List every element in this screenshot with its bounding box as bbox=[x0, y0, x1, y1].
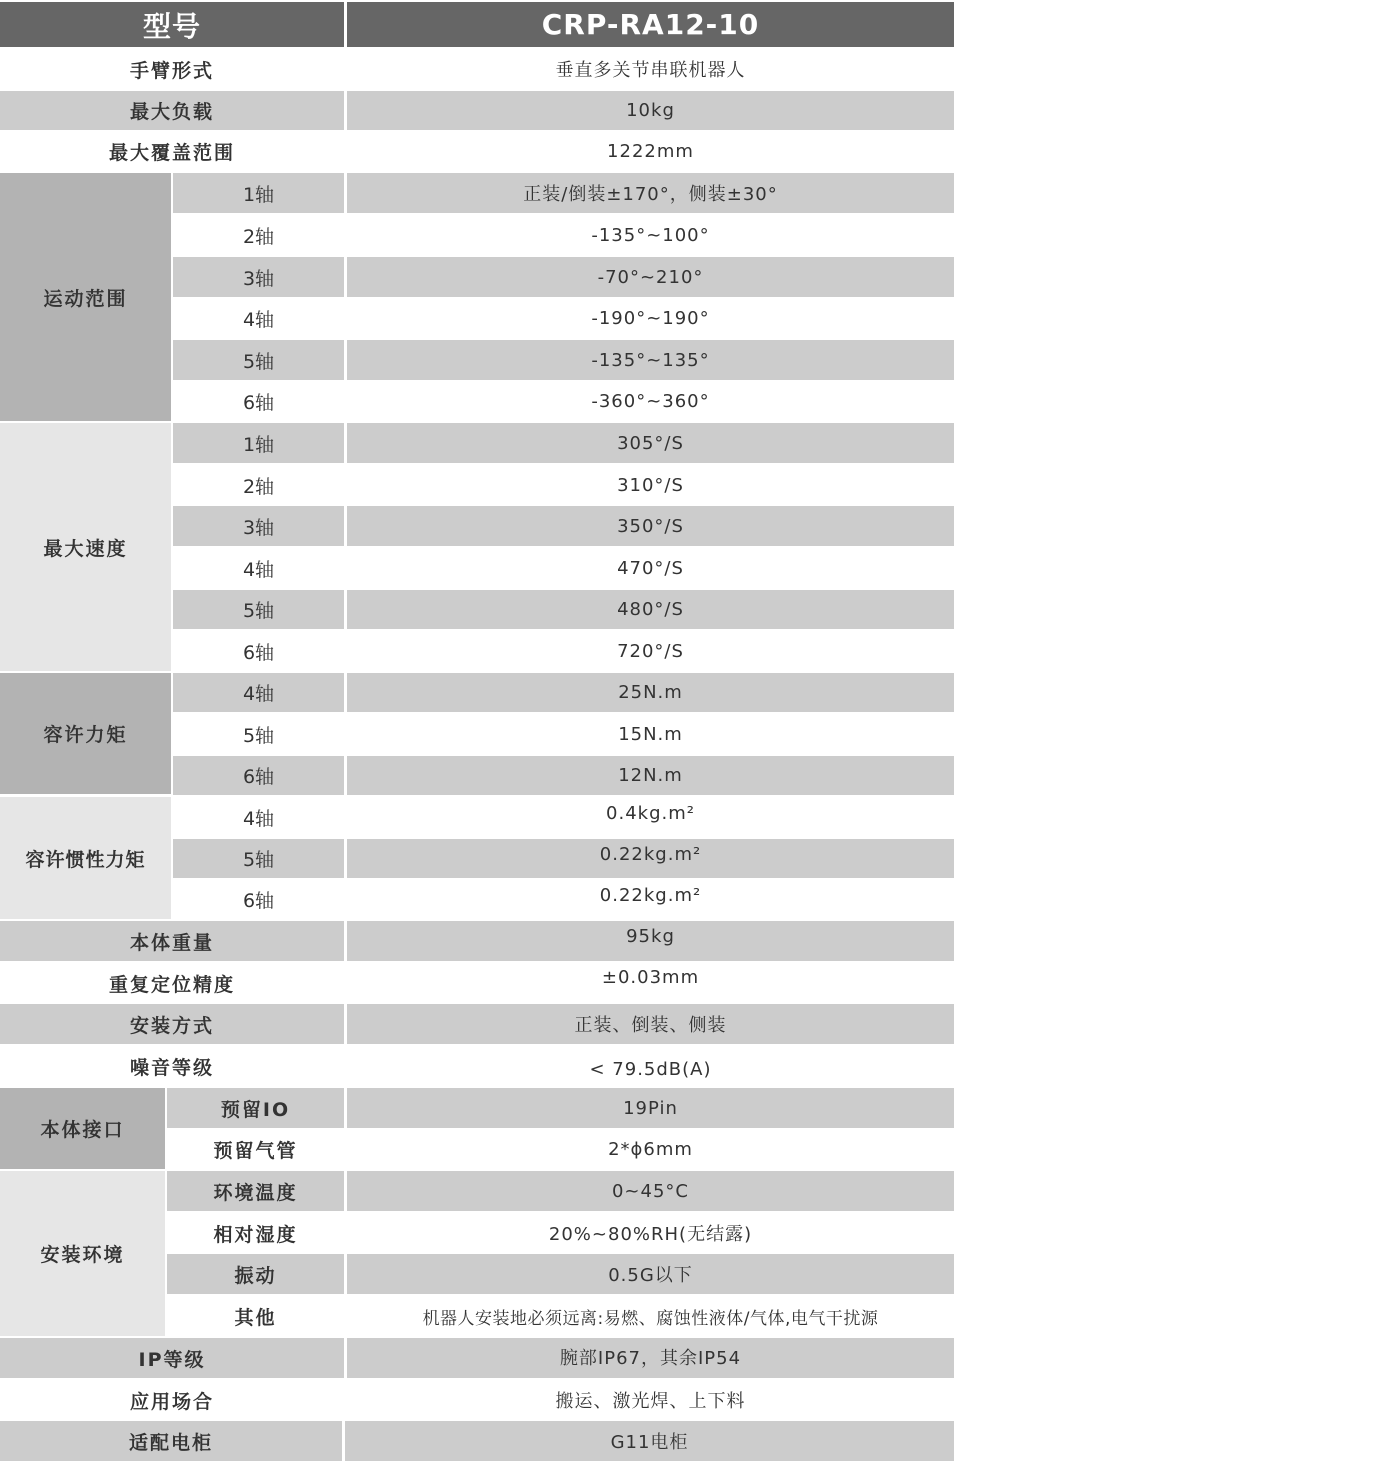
axis-label: 6轴 bbox=[173, 756, 344, 795]
axis-value: 0.22kg.m² bbox=[347, 839, 954, 878]
axis-value: 正装/倒装±170°，侧装±30° bbox=[347, 173, 954, 213]
group-label-allowable-inertia: 容许惯性力矩 bbox=[0, 797, 171, 919]
axis-value: -135°~100° bbox=[347, 215, 954, 255]
axis-label: 2轴 bbox=[173, 215, 344, 255]
axis-value: 350°/S bbox=[347, 506, 954, 546]
sub-value: 0.5G以下 bbox=[347, 1254, 954, 1294]
axis-value: -360°~360° bbox=[347, 381, 954, 421]
axis-label: 3轴 bbox=[173, 257, 344, 297]
header-model: CRP-RA12-10 bbox=[347, 2, 954, 47]
row-label-repeatability: 重复定位精度 bbox=[0, 963, 344, 1003]
sub-value: 20%~80%RH(无结露) bbox=[347, 1213, 954, 1253]
axis-label: 6轴 bbox=[173, 381, 344, 421]
row-value-noise: < 79.5dB(A) bbox=[347, 1046, 954, 1086]
sub-label: 其他 bbox=[167, 1296, 344, 1336]
header-label: 型号 bbox=[0, 2, 344, 47]
axis-value: 0.4kg.m² bbox=[347, 797, 954, 837]
axis-label: 6轴 bbox=[173, 631, 344, 671]
row-label-body-weight: 本体重量 bbox=[0, 921, 344, 961]
axis-value: -70°~210° bbox=[347, 257, 954, 297]
axis-value: 12N.m bbox=[347, 756, 954, 795]
row-value-repeatability: ±0.03mm bbox=[347, 963, 954, 1003]
group-label-body-interface: 本体接口 bbox=[0, 1088, 165, 1169]
row-label-controller: 适配电柜 bbox=[0, 1421, 342, 1461]
axis-label: 5轴 bbox=[173, 340, 344, 380]
sub-value: 19Pin bbox=[347, 1088, 954, 1128]
group-label-allowable-torque: 容许力矩 bbox=[0, 673, 171, 794]
sub-value: 机器人安装地必须远离:易燃、腐蚀性液体/气体,电气干扰源 bbox=[347, 1296, 954, 1336]
axis-label: 5轴 bbox=[173, 590, 344, 629]
axis-value: 25N.m bbox=[347, 673, 954, 712]
row-value-controller: G11电柜 bbox=[345, 1421, 954, 1461]
sub-label: 预留IO bbox=[167, 1088, 344, 1128]
axis-label: 2轴 bbox=[173, 465, 344, 505]
axis-label: 6轴 bbox=[173, 880, 344, 919]
axis-value: 15N.m bbox=[347, 714, 954, 754]
row-label-max-reach: 最大覆盖范围 bbox=[0, 132, 344, 171]
axis-label: 1轴 bbox=[173, 423, 344, 463]
row-value-ip-rating: 腕部IP67，其余IP54 bbox=[347, 1338, 954, 1378]
row-label-noise: 噪音等级 bbox=[0, 1046, 344, 1086]
axis-label: 1轴 bbox=[173, 173, 344, 213]
group-label-install-env: 安装环境 bbox=[0, 1171, 165, 1336]
axis-value: 480°/S bbox=[347, 590, 954, 629]
axis-value: 720°/S bbox=[347, 631, 954, 671]
group-label-max-speed: 最大速度 bbox=[0, 423, 171, 671]
row-value-max-load: 10kg bbox=[347, 91, 954, 130]
sub-label: 环境温度 bbox=[167, 1171, 344, 1211]
axis-value: 310°/S bbox=[347, 465, 954, 505]
row-value-body-weight: 95kg bbox=[347, 921, 954, 961]
sub-label: 振动 bbox=[167, 1254, 344, 1294]
row-label-ip-rating: IP等级 bbox=[0, 1338, 344, 1378]
sub-label: 相对湿度 bbox=[167, 1213, 344, 1253]
axis-value: 470°/S bbox=[347, 548, 954, 588]
axis-label: 4轴 bbox=[173, 673, 344, 712]
axis-value: -135°~135° bbox=[347, 340, 954, 380]
axis-value: 0.22kg.m² bbox=[347, 880, 954, 919]
axis-label: 4轴 bbox=[173, 548, 344, 588]
axis-label: 4轴 bbox=[173, 797, 344, 837]
row-label-max-load: 最大负载 bbox=[0, 91, 344, 130]
axis-label: 4轴 bbox=[173, 298, 344, 338]
row-value-mounting: 正装、倒装、侧装 bbox=[347, 1004, 954, 1044]
axis-value: -190°~190° bbox=[347, 298, 954, 338]
row-value-max-reach: 1222mm bbox=[347, 132, 954, 171]
axis-value: 305°/S bbox=[347, 423, 954, 463]
axis-label: 5轴 bbox=[173, 839, 344, 878]
row-label-applications: 应用场合 bbox=[0, 1380, 344, 1420]
group-label-motion-range: 运动范围 bbox=[0, 173, 171, 421]
axis-label: 5轴 bbox=[173, 714, 344, 754]
row-label-mounting: 安装方式 bbox=[0, 1004, 344, 1044]
sub-label: 预留气管 bbox=[167, 1130, 344, 1169]
row-value-arm-type: 垂直多关节串联机器人 bbox=[347, 49, 954, 89]
sub-value: 2*ϕ6mm bbox=[347, 1130, 954, 1169]
row-label-arm-type: 手臂形式 bbox=[0, 49, 344, 89]
sub-value: 0~45°C bbox=[347, 1171, 954, 1211]
axis-label: 3轴 bbox=[173, 506, 344, 546]
row-value-applications: 搬运、激光焊、上下料 bbox=[347, 1380, 954, 1420]
